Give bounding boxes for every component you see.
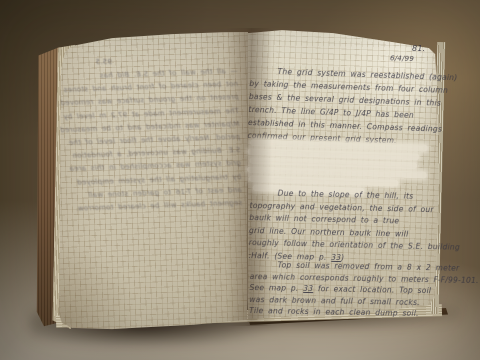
paragraph-slope: Due to the slope of the hill, itstopogra…: [248, 188, 434, 267]
page-number: 81.: [412, 44, 442, 53]
left-page-header: 95.5: [72, 58, 112, 66]
notebook-photo: 95.5 — all the wall of the S.E. Bld hasn…: [0, 0, 480, 360]
paragraph-topsoil: Top soil was removed from a 8 x 2 metera…: [249, 260, 438, 321]
paragraph-grid-system: The grid system was reestablished (again…: [247, 66, 434, 150]
entry-date: 6/4/99: [390, 54, 434, 64]
left-page-mirrored-text: — all the wall of the S.E. Bld hasnot be…: [64, 67, 243, 218]
